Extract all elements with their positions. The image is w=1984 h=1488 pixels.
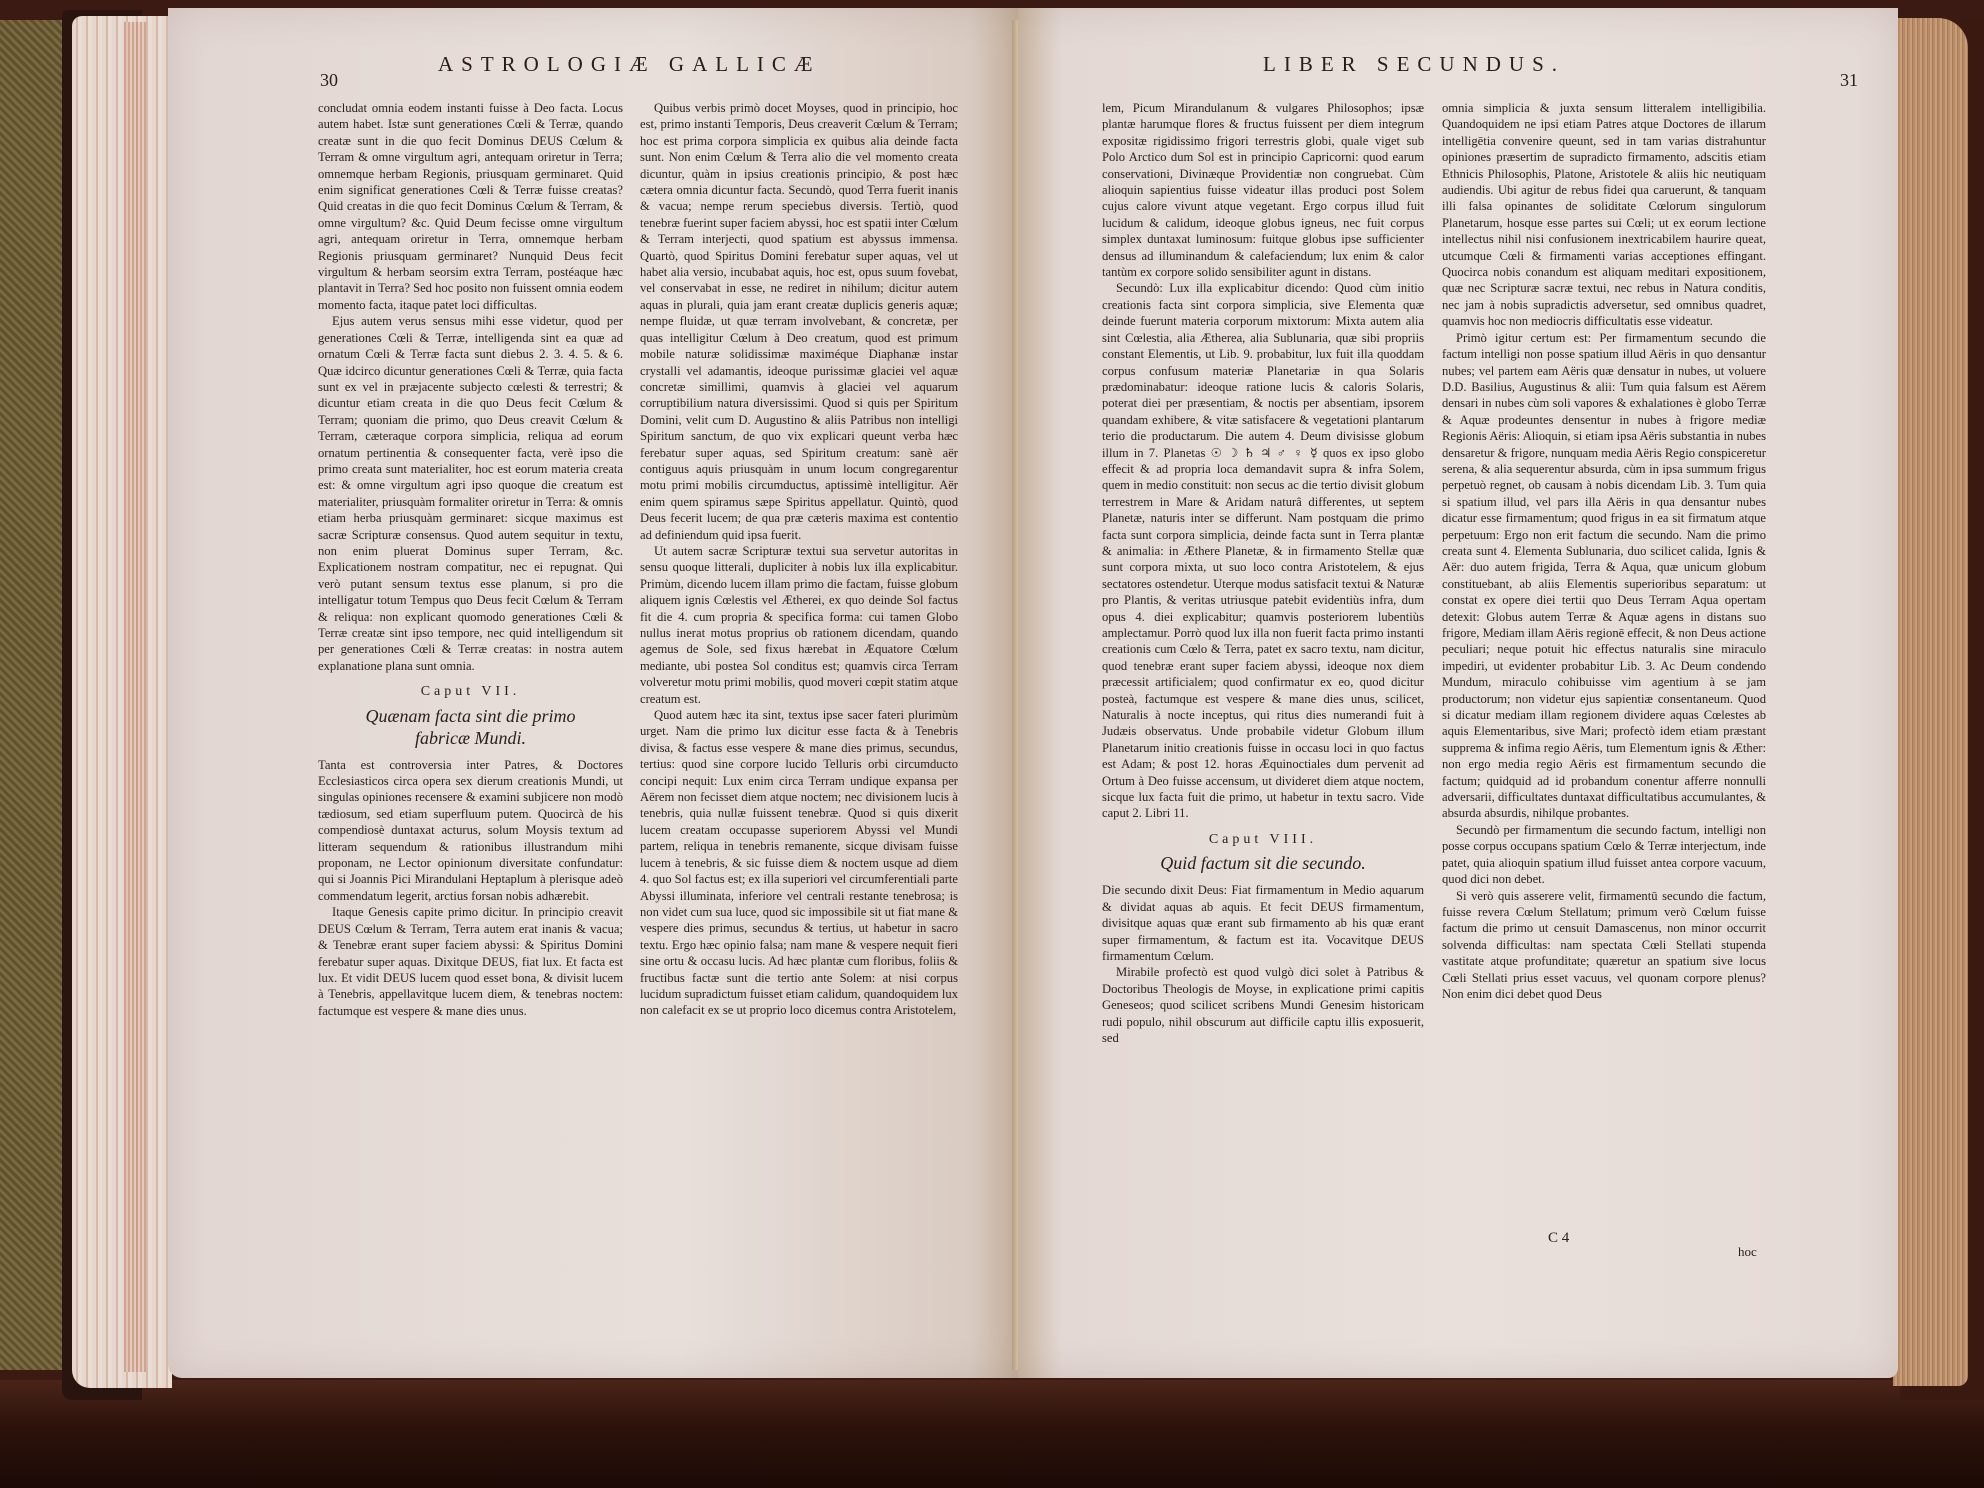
chapter-label: Caput VII. <box>318 684 623 700</box>
paragraph: Si verò quis asserere velit, firmamentū … <box>1442 888 1766 1003</box>
running-head: LIBER SECUNDUS. <box>1263 52 1565 77</box>
chapter-title: Quænam facta sint die primo fabricæ Mund… <box>338 705 603 749</box>
fabric-cloth <box>0 20 70 1370</box>
paragraph: Die secundo dixit Deus: Fiat firmamentum… <box>1102 882 1424 964</box>
paragraph: Quod autem hæc ita sint, textus ipse sac… <box>640 707 958 1019</box>
paragraph: lem, Picum Mirandulanum & vulgares Philo… <box>1102 100 1424 280</box>
paragraph: Mirabile profectò est quod vulgò dici so… <box>1102 964 1424 1046</box>
right-page: LIBER SECUNDUS. 31 lem, Picum Mirandulan… <box>1018 8 1898 1378</box>
chapter-label: Caput VIII. <box>1102 832 1424 848</box>
page-number: 30 <box>320 70 338 91</box>
paragraph: concludat omnia eodem instanti fuisse à … <box>318 100 623 313</box>
paragraph: Secundò per firmamentum die secundo fact… <box>1442 822 1766 888</box>
paragraph: Secundò: Lux illa explicabitur dicendo: … <box>1102 280 1424 821</box>
paragraph: Ejus autem verus sensus mihi esse videtu… <box>318 313 623 674</box>
page-stack-left <box>72 16 172 1388</box>
catchword: hoc <box>1738 1244 1757 1260</box>
left-column: concludat omnia eodem instanti fuisse à … <box>318 100 623 1019</box>
paragraph: Ut autem sacræ Scripturæ textui sua serv… <box>640 543 958 707</box>
wooden-table <box>0 1380 1984 1488</box>
paragraph: omnia simplicia & juxta sensum litterale… <box>1442 100 1766 330</box>
paragraph: Quibus verbis primò docet Moyses, quod i… <box>640 100 958 543</box>
paragraph: Tanta est controversia inter Patres, & D… <box>318 757 623 905</box>
right-column: Quibus verbis primò docet Moyses, quod i… <box>640 100 958 1019</box>
signature-mark: C 4 <box>1548 1230 1569 1247</box>
paragraph: Primò igitur certum est: Per firmamentum… <box>1442 330 1766 822</box>
page-number: 31 <box>1840 70 1858 91</box>
running-head: ASTROLOGIÆ GALLICÆ <box>438 52 821 77</box>
left-column: lem, Picum Mirandulanum & vulgares Philo… <box>1102 100 1424 1046</box>
left-page: 30 ASTROLOGIÆ GALLICÆ concludat omnia eo… <box>168 8 1020 1378</box>
right-column: omnia simplicia & juxta sensum litterale… <box>1442 100 1766 1002</box>
page-stack-right <box>1893 18 1968 1386</box>
chapter-title: Quid factum sit die secundo. <box>1122 852 1404 874</box>
paragraph: Itaque Genesis capite primo dicitur. In … <box>318 904 623 1019</box>
